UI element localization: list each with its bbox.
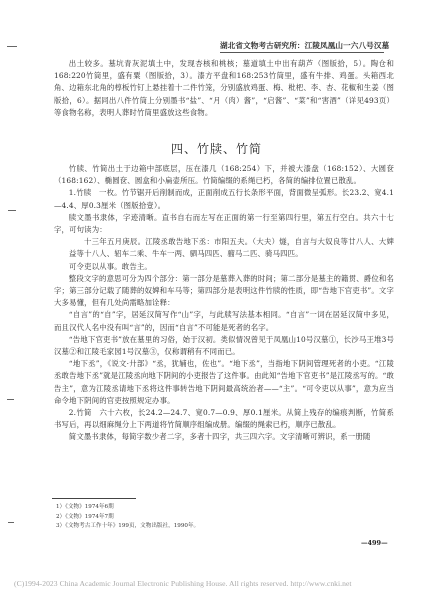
paragraph-gao: “告地下官吏书”放在墓里的习俗，始于汉初。类似情况曾见于凤凰山10号汉墓①，长沙… xyxy=(54,334,394,358)
section-title: 四、竹牍、竹简 xyxy=(0,140,433,157)
scan-mark xyxy=(7,399,14,400)
footnote-1: 1）《文物》1974年6期 xyxy=(56,503,199,513)
paragraph-item2: 2.竹简 六十六枚，长24.2—24.7、宽0.7—0.9、厚0.1厘米。从简上… xyxy=(54,407,394,431)
paragraph-zi: “自言”的“自”字，居延汉简写作“山”字，与此牍写法基本相同。“自言”一词在居延… xyxy=(54,309,394,333)
footnotes: 1）《文物》1974年6期 2）《文物》1974年7期 3）《文物考古工作十年》… xyxy=(56,503,199,532)
paragraph-cheng: “地下丞”，《说文·廾部》“丞，犹辅也，佐也”。“地下丞”，当指地下阴间管理死者… xyxy=(54,358,394,407)
paragraph-parts: 整段文字的意思可分为四个部分：第一部分是墓葬入葬的时间；第二部分是墓主的籍贯、爵… xyxy=(54,273,394,310)
page-number: —499— xyxy=(361,539,388,547)
scan-mark xyxy=(8,210,16,211)
paragraph-intro: 竹牍、竹简出土于边箱中部底层，压在漆几（168:254）下，并被大漆盘（168:… xyxy=(54,163,394,187)
quote-inscription: 十三年五月庚辰。江陵丞敢告地下丞：市阳五夫。（大夫）燧，自言与大奴良等廿八人、大… xyxy=(54,236,394,260)
paragraph-item2-text: 简文墨书隶体，每简字数少者二字，多者十四字，共三四六字。文字清晰可辨识，系一册随 xyxy=(54,431,394,443)
body-top: 出土较多。墓坑青灰泥填土中，发现杏核和桃核；墓道填土中出有葫芦（图版拾，5）。陶… xyxy=(54,58,394,119)
footnote-3: 3）《文物考古工作十年》199页，文物出版社，1990年。 xyxy=(56,522,199,532)
paragraph-item1-text: 牍文墨书隶体，字迹清晰。直书自右而左写在正面的第一行至第四行里，第五行空白。共六… xyxy=(54,212,394,236)
footnote-2: 2）《文物》1974年7期 xyxy=(56,513,199,523)
scan-mark xyxy=(8,522,14,523)
paragraph-item1: 1.竹牍 一枚。竹节锯开后削制而成，正面削成五行长条形平面，背面微呈弧形。长23… xyxy=(54,187,394,211)
quote-inscription-end: 可令吏以从事。敢告主。 xyxy=(54,261,394,273)
body-main: 竹牍、竹简出土于边箱中部底层，压在漆几（168:254）下，并被大漆盘（168:… xyxy=(54,163,394,444)
scan-mark xyxy=(7,46,17,47)
running-header: 湖北省文物考古研究所：江陵凤凰山一六八号汉墓 xyxy=(220,40,384,53)
paragraph-food: 出土较多。墓坑青灰泥填土中，发现杏核和桃核；墓道填土中出有葫芦（图版拾，5）。陶… xyxy=(54,58,394,119)
footnote-divider xyxy=(52,498,136,499)
copyright-notice: (C)1994-2023 China Academic Journal Elec… xyxy=(14,579,352,588)
